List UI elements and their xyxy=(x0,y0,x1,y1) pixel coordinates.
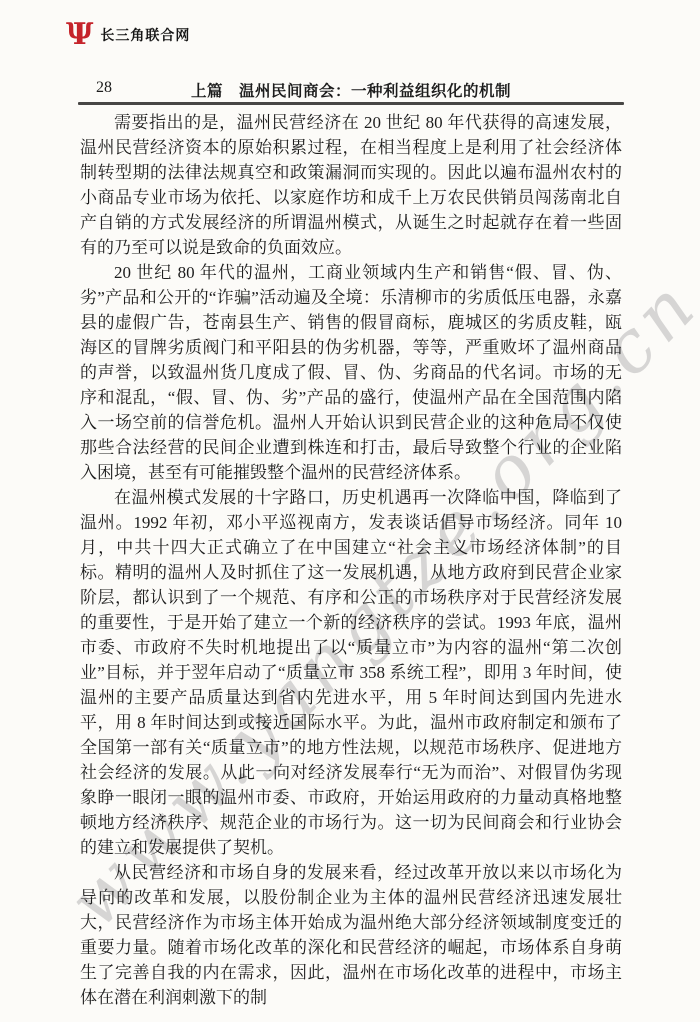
site-brand: Ψ 长三角联合网 xyxy=(66,20,190,50)
paragraph-2: 20 世纪 80 年代的温州，工商业领域内生产和销售“假、冒、伪、劣”产品和公开… xyxy=(80,260,622,485)
header-divider xyxy=(78,102,624,105)
running-header: 28 上篇 温州民间商会：一种利益组织化的机制 xyxy=(78,79,624,101)
paragraph-4: 从民营经济和市场自身的发展来看，经过改革开放以来以市场化为导向的改革和发展，以股… xyxy=(80,860,622,1010)
paragraph-3: 在温州模式发展的十字路口，历史机遇再一次降临中国，降临到了温州。1992 年初，… xyxy=(80,485,622,860)
book-page-scan: www.yangtze.org.cn Ψ 长三角联合网 28 上篇 温州民间商会… xyxy=(0,0,700,1022)
running-title: 上篇 温州民间商会：一种利益组织化的机制 xyxy=(78,79,624,101)
page-body: 需要指出的是，温州民营经济在 20 世纪 80 年代获得的高速发展，温州民营经济… xyxy=(80,110,622,1010)
yangtze-trident-logo-icon: Ψ xyxy=(66,20,93,50)
page-number: 28 xyxy=(96,79,112,97)
site-brand-name: 长三角联合网 xyxy=(100,25,190,45)
paragraph-1: 需要指出的是，温州民营经济在 20 世纪 80 年代获得的高速发展，温州民营经济… xyxy=(80,110,622,260)
